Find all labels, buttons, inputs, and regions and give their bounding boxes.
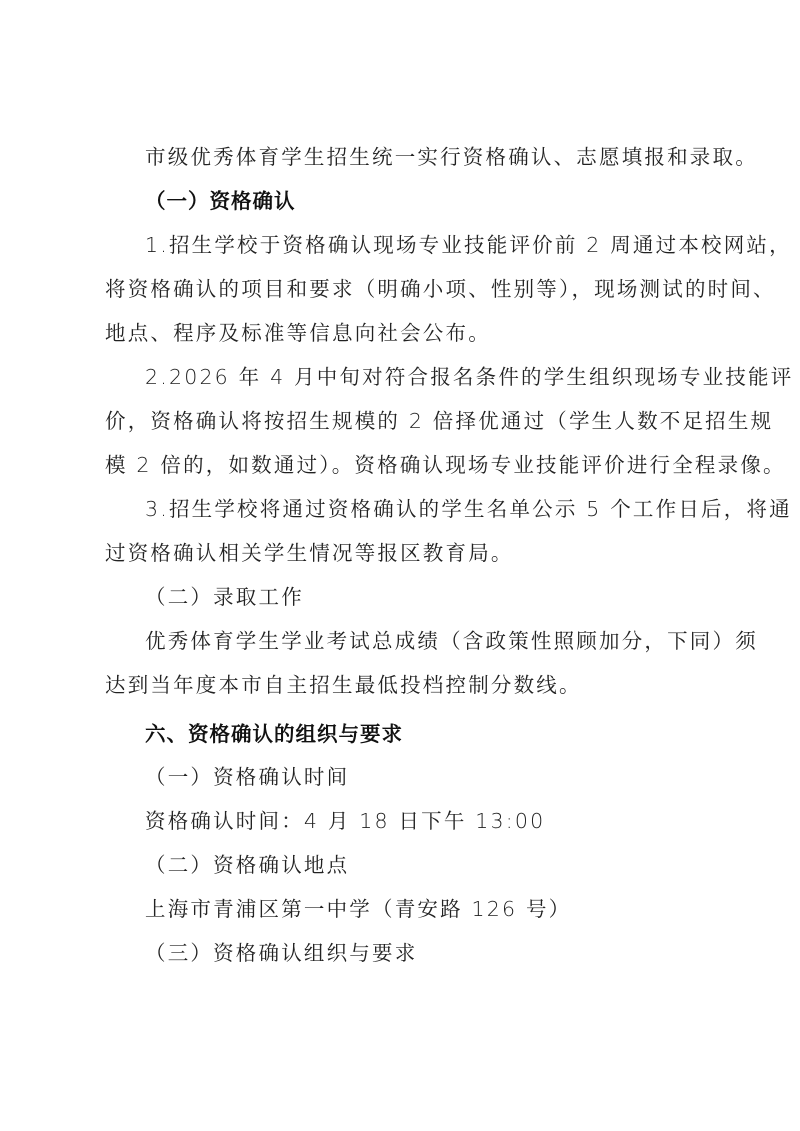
section-heading-qualification: （一）资格确认: [145, 187, 296, 215]
admission-paragraph-line-2: 达到当年度本市自主招生最低投档控制分数线。: [105, 671, 582, 699]
chapter-heading-six: 六、资格确认的组织与要求: [145, 720, 403, 748]
admission-paragraph-line-1: 优秀体育学生学业考试总成绩（含政策性照顾加分，下同）须: [145, 627, 758, 655]
item-1-line-1: 1.招生学校于资格确认现场专业技能评价前 2 周通过本校网站，: [145, 231, 792, 259]
subheading-time: （一）资格确认时间: [145, 763, 349, 791]
item-3-line-2: 过资格确认相关学生情况等报区教育局。: [105, 539, 514, 567]
subheading-location: （二）资格确认地点: [145, 851, 349, 879]
item-2-line-3: 模 2 倍的，如数通过）。资格确认现场专业技能评价进行全程录像。: [105, 451, 786, 479]
qualification-time-value: 资格确认时间：4 月 18 日下午 13:00: [145, 807, 545, 835]
item-1-line-3: 地点、程序及标准等信息向社会公布。: [105, 319, 491, 347]
document-page: 市级优秀体育学生招生统一实行资格确认、志愿填报和录取。 （一）资格确认 1.招生…: [0, 0, 800, 1131]
section-heading-admission: （二）录取工作: [145, 583, 304, 611]
item-3-line-1: 3.招生学校将通过资格确认的学生名单公示 5 个工作日后，将通: [145, 495, 792, 523]
item-2-line-1: 2.2026 年 4 月中旬对符合报名条件的学生组织现场专业技能评: [145, 363, 793, 391]
intro-paragraph: 市级优秀体育学生招生统一实行资格确认、志愿填报和录取。: [145, 143, 758, 171]
item-1-line-2: 将资格确认的项目和要求（明确小项、性别等），现场测试的时间、: [105, 275, 776, 303]
subheading-organization: （三）资格确认组织与要求: [145, 939, 417, 967]
item-2-line-2: 价，资格确认将按招生规模的 2 倍择优通过（学生人数不足招生规: [105, 407, 773, 435]
qualification-location-value: 上海市青浦区第一中学（青安路 126 号）: [145, 895, 571, 923]
